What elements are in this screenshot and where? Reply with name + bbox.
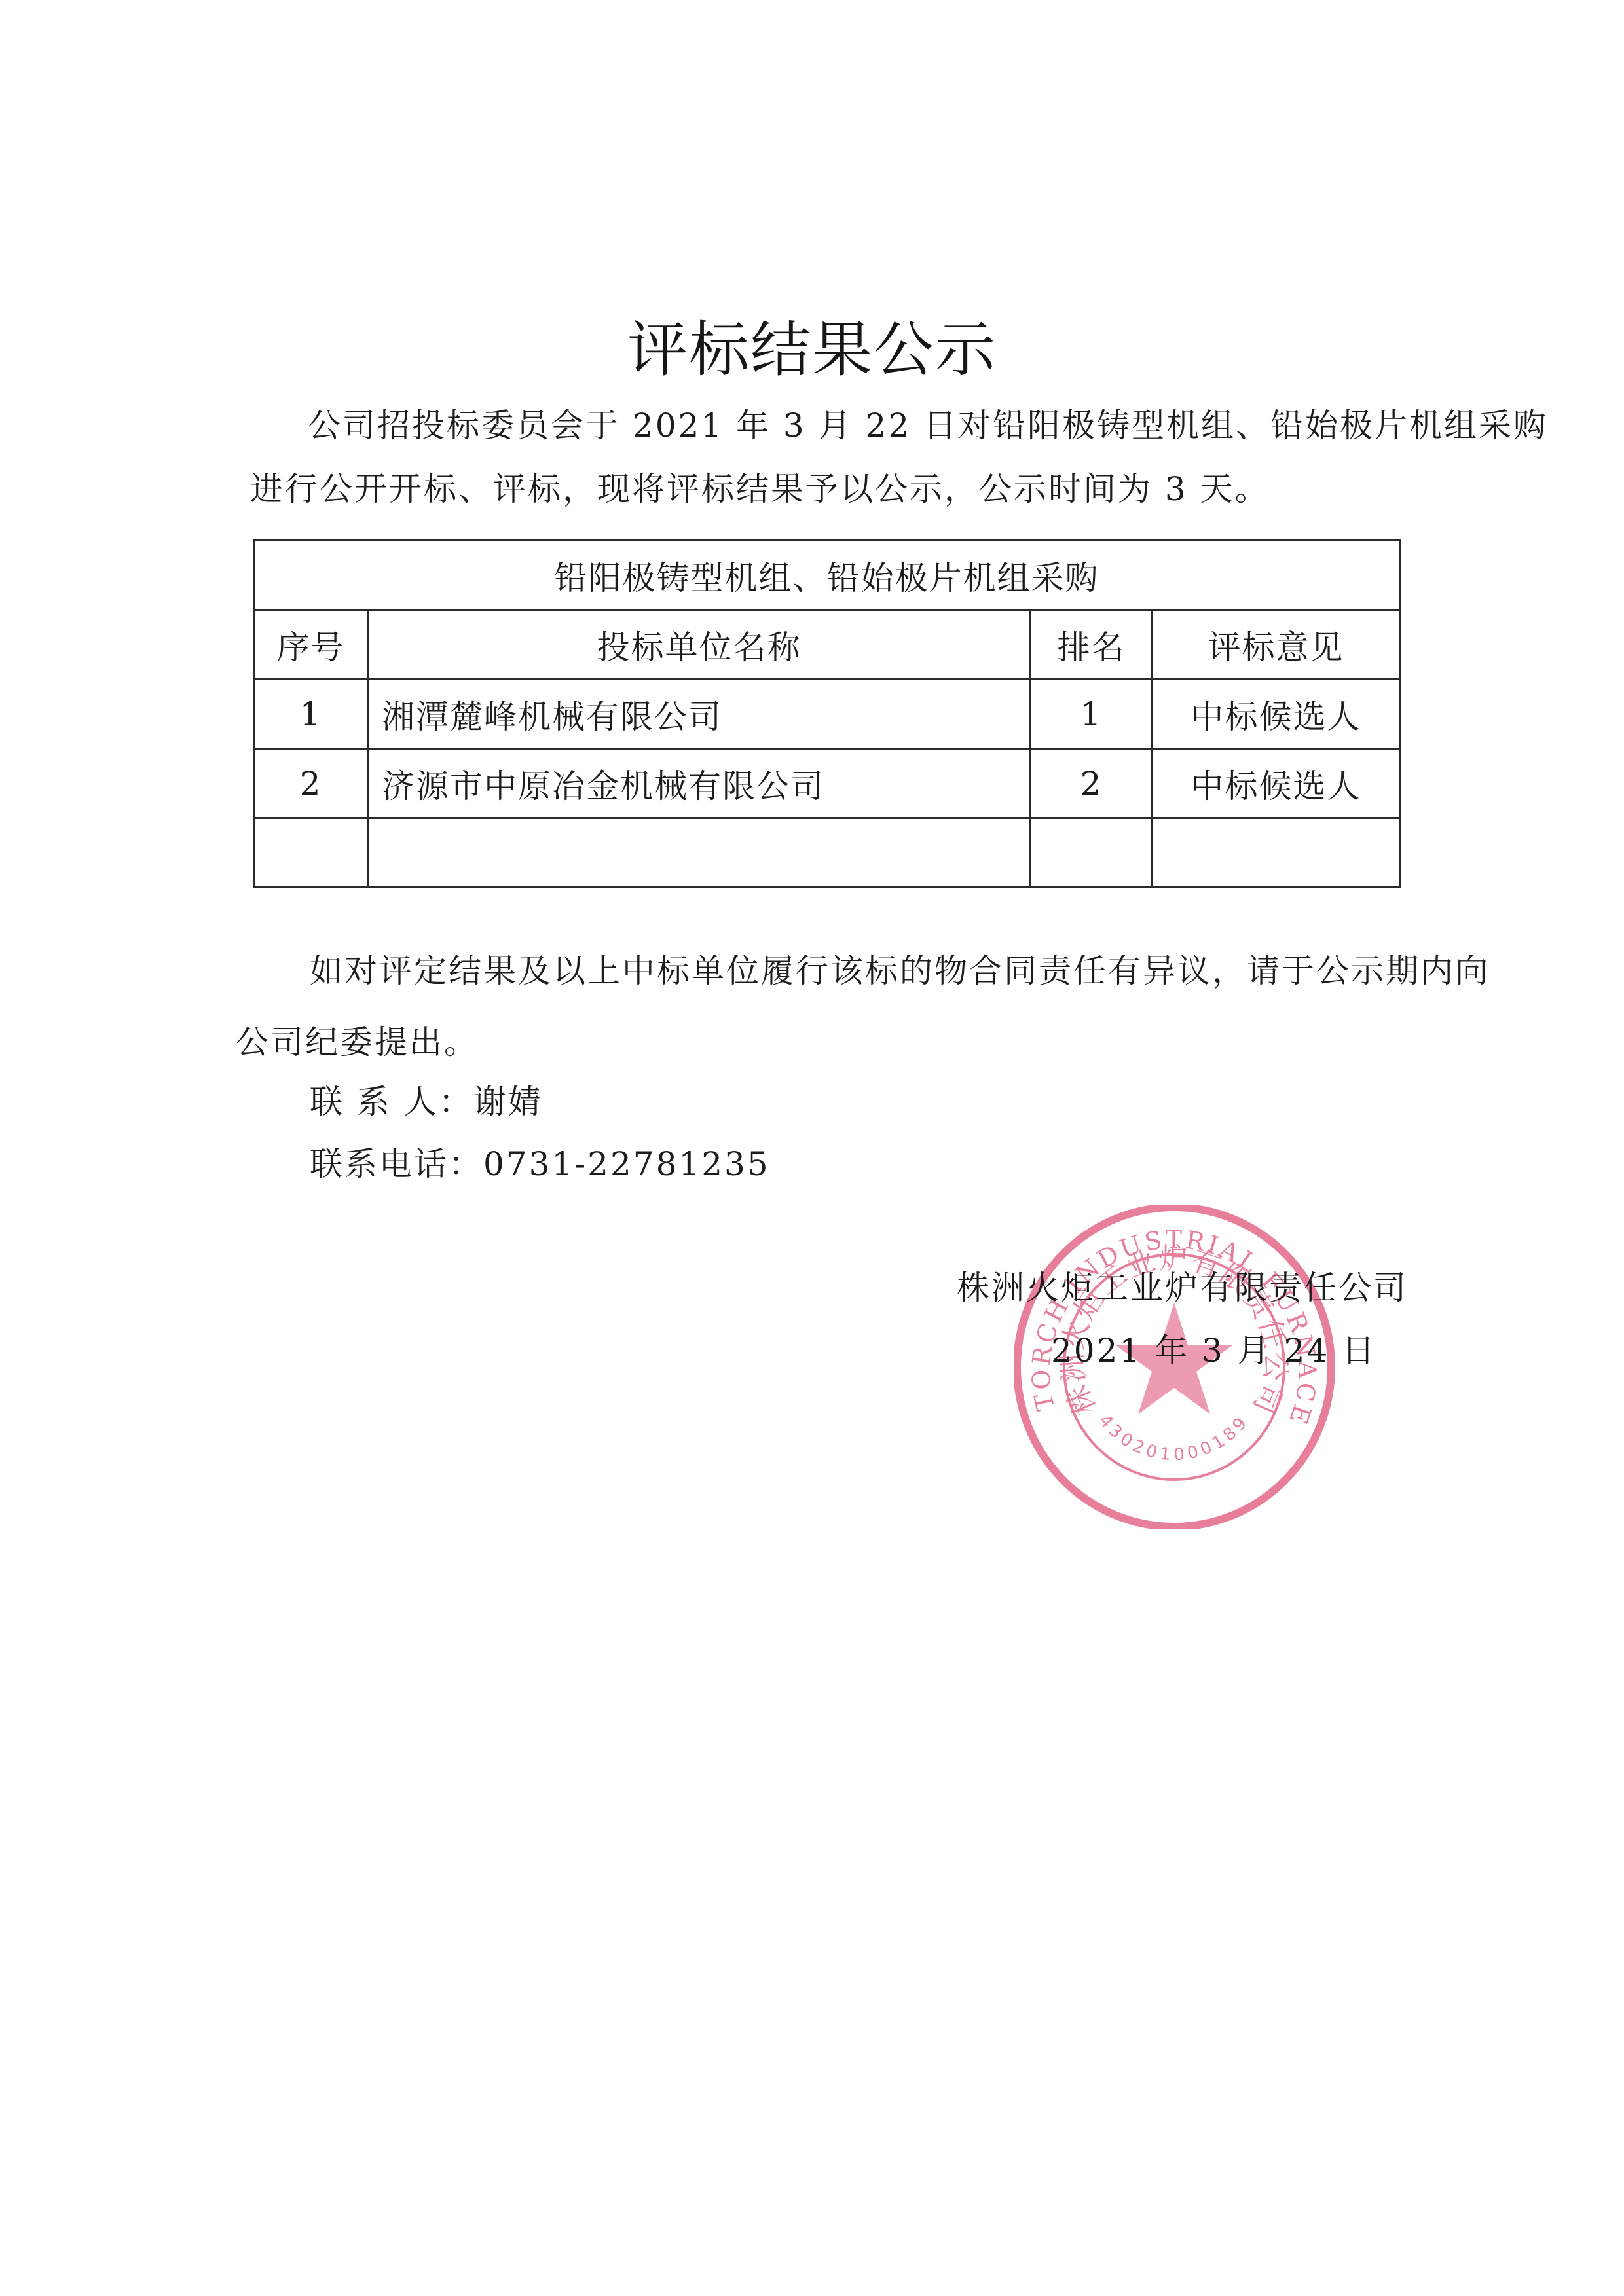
- cell-no: [254, 818, 368, 888]
- cell-rank: [1031, 818, 1153, 888]
- cell-bidder-name: 济源市中原冶金机械有限公司: [368, 749, 1031, 818]
- cell-no: 1: [254, 680, 368, 749]
- contact-name: 谢婧: [473, 1083, 543, 1121]
- table-caption-row: 铅阳极铸型机组、铅始极片机组采购: [254, 541, 1400, 610]
- cell-bidder-name: 湘潭麓峰机械有限公司: [368, 680, 1031, 749]
- table-row: [254, 818, 1400, 888]
- objection-line-1: 如对评定结果及以上中标单位履行该标的物合同责任有异议，请于公示期内向: [310, 951, 1490, 991]
- table-caption: 铅阳极铸型机组、铅始极片机组采购: [254, 541, 1400, 610]
- svg-text:430201000189: 430201000189: [1095, 1411, 1253, 1465]
- contact-person: 联 系 人：谢婧: [310, 1082, 543, 1121]
- page-title: 评标结果公示: [0, 308, 1624, 393]
- cell-rank: 1: [1031, 680, 1153, 749]
- header-no: 序号: [254, 610, 368, 680]
- objection-line-2: 公司纪委提出。: [236, 1023, 479, 1062]
- table-header-row: 序号 投标单位名称 排名 评标意见: [254, 610, 1400, 680]
- signature-company: 株洲火炬工业炉有限责任公司: [957, 1268, 1408, 1307]
- contact-phone: 联系电话：0731-22781235: [310, 1144, 770, 1184]
- header-bidder-name: 投标单位名称: [368, 610, 1031, 680]
- header-opinion: 评标意见: [1153, 610, 1400, 680]
- table-row: 2 济源市中原冶金机械有限公司 2 中标候选人: [254, 749, 1400, 818]
- contact-label: 联 系 人：: [310, 1083, 473, 1121]
- cell-opinion: 中标候选人: [1153, 680, 1400, 749]
- intro-line-2: 进行公开开标、评标，现将评标结果予以公示，公示时间为 3 天。: [250, 469, 1270, 509]
- cell-rank: 2: [1031, 749, 1153, 818]
- cell-opinion: [1153, 818, 1400, 888]
- seal-code: 430201000189: [1095, 1411, 1253, 1465]
- header-rank: 排名: [1031, 610, 1153, 680]
- cell-bidder-name: [368, 818, 1031, 888]
- results-table: 铅阳极铸型机组、铅始极片机组采购 序号 投标单位名称 排名 评标意见 1 湘潭麓…: [253, 539, 1401, 888]
- intro-line-1: 公司招投标委员会于 2021 年 3 月 22 日对铅阳极铸型机组、铅始极片机组…: [308, 406, 1548, 445]
- phone-label: 联系电话：: [310, 1145, 483, 1183]
- table-row: 1 湘潭麓峰机械有限公司 1 中标候选人: [254, 680, 1400, 749]
- cell-no: 2: [254, 749, 368, 818]
- phone-number: 0731-22781235: [483, 1145, 770, 1183]
- signature-date: 2021 年 3 月 24 日: [1051, 1331, 1376, 1370]
- cell-opinion: 中标候选人: [1153, 749, 1400, 818]
